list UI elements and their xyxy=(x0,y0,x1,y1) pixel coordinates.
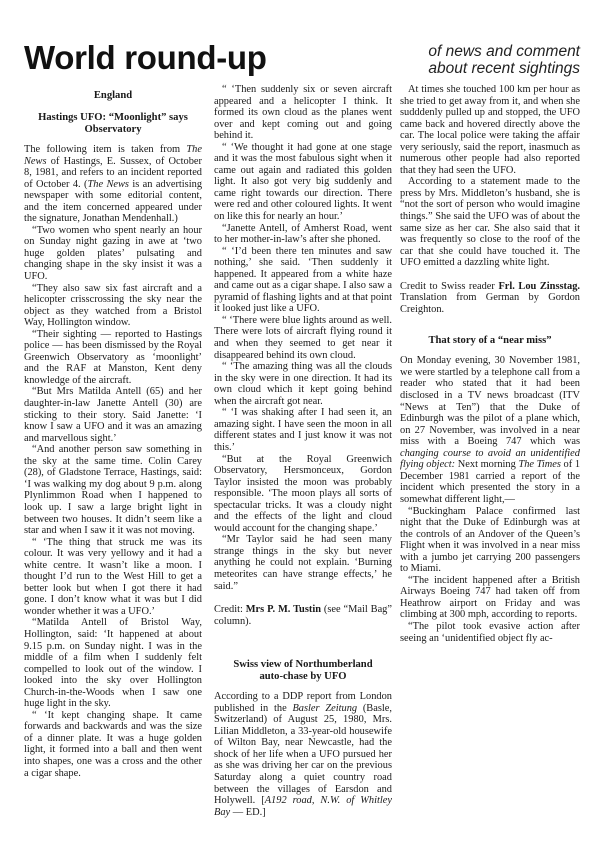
paragraph: “Buckingham Palace confirmed last night … xyxy=(400,506,580,575)
publication-name: Basler Zeitung xyxy=(292,703,357,714)
paragraph: “And another person saw something in the… xyxy=(24,444,202,536)
column-1: England Hastings UFO: “Moonlight” says O… xyxy=(24,84,202,779)
article-headline-hastings: Hastings UFO: “Moonlight” says Observato… xyxy=(24,112,202,136)
paragraph: “Two women who spent nearly an hour on S… xyxy=(24,225,202,283)
masthead: World round-up of news and comment about… xyxy=(24,38,580,84)
paragraph: “ ‘We thought it had gone at one stage a… xyxy=(214,142,392,223)
credit-name: Frl. Lou Zinsstag. xyxy=(498,281,580,292)
paragraph: At times she touched 100 km per hour as … xyxy=(400,84,580,176)
paragraph: “ ‘I’d been there ten minutes and saw no… xyxy=(214,246,392,315)
paragraph: “ ‘It kept changing shape. It came forwa… xyxy=(24,710,202,779)
intro-text: The following item is taken from xyxy=(24,144,186,155)
paragraph: “But Mrs Matilda Antell (65) and her dau… xyxy=(24,386,202,444)
country-heading-england: England xyxy=(24,90,202,102)
paragraph: “Janette Antell, of Amherst Road, went t… xyxy=(214,223,392,246)
headline-line: Swiss view of Northumberland xyxy=(214,659,392,671)
paragraph: “ ‘The amazing thing was all the clouds … xyxy=(214,361,392,407)
article-headline-swiss: Swiss view of Northumberland auto-chase … xyxy=(214,659,392,683)
credit-label: Credit: xyxy=(214,604,246,615)
credit-name: Mrs P. M. Tustin xyxy=(246,604,321,615)
page-title: World round-up xyxy=(24,38,267,78)
paragraph: “ ‘I was shaking after I had seen it, an… xyxy=(214,407,392,453)
paragraph: “ ‘The thing that struck me was its colo… xyxy=(24,537,202,618)
publication-name: The Times xyxy=(518,459,560,470)
credit-label: Credit to Swiss reader xyxy=(400,281,498,292)
paragraph: “ ‘There were blue lights around as well… xyxy=(214,315,392,361)
page-subtitle: of news and comment about recent sightin… xyxy=(428,43,580,77)
article-intro-near-miss: On Monday evening, 30 November 1981, we … xyxy=(400,355,580,505)
column-3: At times she touched 100 km per hour as … xyxy=(400,84,580,644)
paragraph: “But at the Royal Greenwich Observatory,… xyxy=(214,454,392,535)
paragraph: “Their sighting — reported to Hastings p… xyxy=(24,329,202,387)
article-intro-hastings: The following item is taken from The New… xyxy=(24,144,202,225)
headline-line: auto-chase by UFO xyxy=(214,671,392,683)
intro-text: — ED.] xyxy=(230,807,266,818)
credit-note: Translation from German by Gordon Creigh… xyxy=(400,292,580,315)
intro-text: (Basle, Switzerland) of August 25, 1980,… xyxy=(214,703,392,806)
article-credit-swiss: Credit to Swiss reader Frl. Lou Zinsstag… xyxy=(400,281,580,316)
subtitle-line-2: about recent sightings xyxy=(428,60,580,77)
article-intro-swiss: According to a DDP report from London pu… xyxy=(214,691,392,818)
paragraph: According to a statement made to the pre… xyxy=(400,176,580,268)
publication-name: The News xyxy=(88,179,129,190)
paragraph: “The pilot took evasive action after see… xyxy=(400,621,580,644)
intro-text: On Monday evening, 30 November 1981, we … xyxy=(400,355,580,447)
paragraph: “Matilda Antell of Bristol Way, Hollingt… xyxy=(24,617,202,709)
article-credit-hastings: Credit: Mrs P. M. Tustin (see “Mail Bag”… xyxy=(214,604,392,627)
paragraph: “They also saw six fast aircraft and a h… xyxy=(24,283,202,329)
paragraph: “ ‘Then suddenly six or seven aircraft a… xyxy=(214,84,392,142)
paragraph: “The incident happened after a British A… xyxy=(400,575,580,621)
column-2: “ ‘Then suddenly six or seven aircraft a… xyxy=(214,84,392,818)
intro-text: Next morning xyxy=(455,459,518,470)
article-headline-near-miss: That story of a “near miss” xyxy=(400,335,580,347)
subtitle-line-1: of news and comment xyxy=(428,43,580,60)
paragraph: “Mr Taylor said he had seen many strange… xyxy=(214,534,392,592)
